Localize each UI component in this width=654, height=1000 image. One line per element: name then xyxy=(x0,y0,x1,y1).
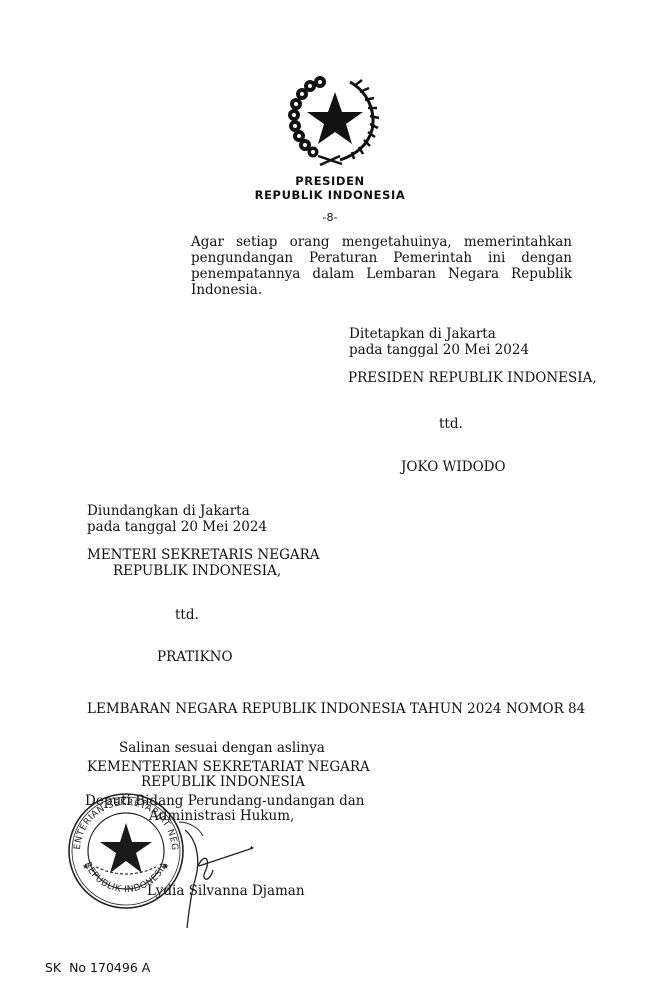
enactment-date: pada tanggal 20 Mei 2024 xyxy=(349,342,529,358)
paragraph-line: Indonesia. xyxy=(191,282,572,298)
svg-text:★: ★ xyxy=(162,862,169,871)
handwritten-signature-icon xyxy=(175,820,315,930)
promulgation-date: pada tanggal 20 Mei 2024 xyxy=(87,519,267,535)
enactment-place: Ditetapkan di Jakarta xyxy=(349,326,496,342)
paragraph-line: Agar setiap orang mengetahuinya, memerin… xyxy=(191,234,572,250)
certification-ministry: KEMENTERIAN SEKRETARIAT NEGARA xyxy=(87,759,370,775)
enactment-signer-name: JOKO WIDODO xyxy=(401,459,506,475)
document-code: SK No 170496 A xyxy=(45,960,150,975)
promulgation-signature-mark: ttd. xyxy=(175,607,199,623)
header-title-republik: REPUBLIK INDONESIA xyxy=(240,188,420,202)
presidential-emblem-icon xyxy=(280,68,390,168)
closing-paragraph: Agar setiap orang mengetahuinya, memerin… xyxy=(191,234,572,298)
paragraph-line: penempatannya dalam Lembaran Negara Repu… xyxy=(191,266,572,282)
certification-signer-name: Lydia Silvanna Djaman xyxy=(147,883,305,899)
page-number: -8- xyxy=(300,211,360,224)
paragraph-line: pengundangan Peraturan Pemerintah ini de… xyxy=(191,250,572,266)
promulgation-place: Diundangkan di Jakarta xyxy=(87,503,250,519)
enactment-title: PRESIDEN REPUBLIK INDONESIA, xyxy=(348,370,597,386)
enactment-signature-mark: ttd. xyxy=(439,416,463,432)
header-title-presiden: PRESIDEN xyxy=(240,174,420,188)
certification-line1: Salinan sesuai dengan aslinya xyxy=(119,740,325,756)
promulgation-title-line1: MENTERI SEKRETARIS NEGARA xyxy=(87,547,320,563)
promulgation-title-line2: REPUBLIK INDONESIA, xyxy=(113,563,281,579)
promulgation-signer-name: PRATIKNO xyxy=(157,649,233,665)
gazette-reference: LEMBARAN NEGARA REPUBLIK INDONESIA TAHUN… xyxy=(87,701,585,717)
svg-text:★: ★ xyxy=(82,862,89,871)
